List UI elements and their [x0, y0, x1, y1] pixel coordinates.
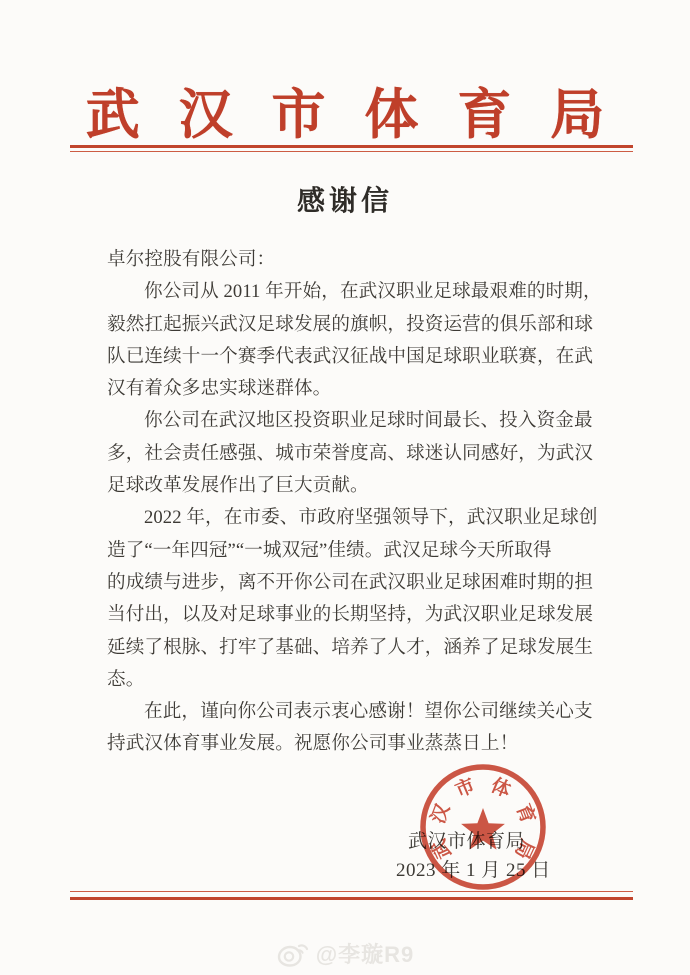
body-line: 造了“一年四冠”“一城双冠”佳绩。武汉足球今天所取得 — [107, 535, 607, 567]
letterhead: 武汉市体育局 — [0, 72, 690, 149]
salutation: 卓尔控股有限公司： — [107, 244, 607, 276]
doc-title: 感谢信 — [0, 179, 690, 219]
letter-page: 武汉市体育局 感谢信 卓尔控股有限公司： 你公司从 2011 年开始，在武汉职业… — [0, 0, 690, 975]
seal-star-icon — [461, 808, 505, 850]
body-line: 的成绩与进步，离不开你公司在武汉职业足球困难时期的担 — [107, 567, 607, 599]
body-line: 毅然扛起振兴武汉足球发展的旗帜，投资运营的俱乐部和球 — [107, 309, 607, 341]
body-line: 多，社会责任感强、城市荣誉度高、球迷认同感好，为武汉 — [107, 438, 607, 470]
letterhead-rule-thick — [70, 145, 633, 148]
body-line: 队已连续十一个赛季代表武汉征战中国足球职业联赛，在武 — [107, 341, 607, 373]
body-line: 你公司在武汉地区投资职业足球时间最长、投入资金最 — [107, 405, 607, 437]
body-line: 你公司从 2011 年开始，在武汉职业足球最艰难的时期， — [107, 276, 607, 308]
official-seal: 武汉市体育局 — [408, 752, 558, 902]
letter-body: 卓尔控股有限公司： 你公司从 2011 年开始，在武汉职业足球最艰难的时期，毅然… — [107, 244, 607, 761]
body-line: 2022 年，在市委、市政府坚强领导下，武汉职业足球创 — [107, 502, 607, 534]
seal-char: 体 — [488, 773, 514, 802]
body-line: 当付出，以及对足球事业的长期坚持，为武汉职业足球发展 — [107, 599, 607, 631]
seal-char: 汉 — [427, 800, 455, 827]
watermark-text: @李璇R9 — [316, 938, 415, 969]
agency-name: 武汉市体育局 — [86, 72, 643, 149]
letterhead-rule-thin — [70, 151, 633, 152]
body-line: 汉有着众多忠实球迷群体。 — [107, 373, 607, 405]
seal-graphic: 武汉市体育局 — [408, 752, 558, 902]
body-line: 延续了根脉、打牢了基础、培养了人才，涵养了足球发展生 — [107, 632, 607, 664]
body-line: 态。 — [107, 664, 607, 696]
weibo-eye-icon — [276, 940, 310, 968]
body-line: 足球改革发展作出了巨大贡献。 — [107, 470, 607, 502]
watermark: @李璇R9 — [0, 938, 690, 969]
body-line: 在此，谨向你公司表示衷心感谢！望你公司继续关心支 — [107, 696, 607, 728]
seal-char: 市 — [452, 773, 478, 802]
body-paragraphs: 你公司从 2011 年开始，在武汉职业足球最艰难的时期，毅然扛起振兴武汉足球发展… — [107, 276, 607, 760]
